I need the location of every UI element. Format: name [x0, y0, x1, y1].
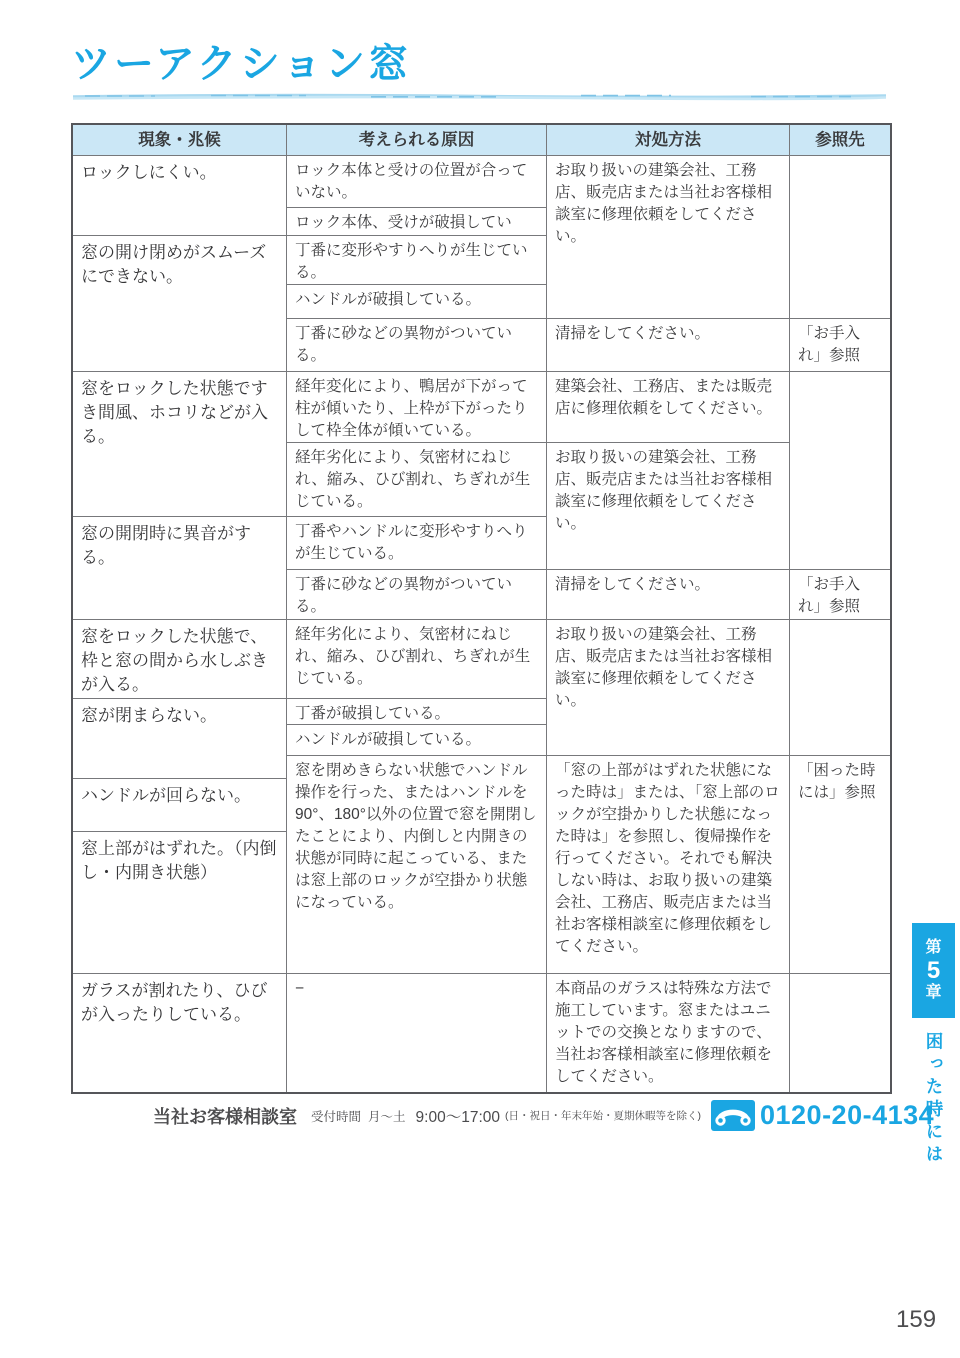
freedial-icon	[711, 1100, 755, 1131]
cause-cell: 経年劣化により、気密材にねじれ、縮み、ひび割れ、ちぎれが生じている。	[287, 620, 547, 699]
cause-cell: 経年劣化により、気密材にねじれ、縮み、ひび割れ、ちぎれが生じている。	[287, 443, 547, 517]
cause-cell: 丁番に砂などの異物がついている。	[287, 319, 547, 372]
brush-underline	[71, 92, 888, 102]
cause-cell: ロック本体、受けが破損している。	[287, 208, 547, 236]
remedy-cell: 清掃をしてください。	[547, 319, 790, 372]
chapter-tab: 第 5 章	[912, 923, 955, 1018]
page-number: 159	[896, 1306, 936, 1334]
remedy-cell: 清掃をしてください。	[547, 570, 790, 620]
reference-cell-empty	[790, 372, 890, 570]
cause-cell: −	[287, 974, 547, 1092]
chapter-prefix: 第	[925, 938, 941, 958]
phenomenon-cell: 窓の開閉時に異音がする。	[73, 517, 287, 620]
phenomenon-cell: 窓の開け閉めがスムーズにできない。	[73, 236, 287, 372]
cause-cell: 経年変化により、鴨居が下がって柱が傾いたり、上枠が下がったりして枠全体が傾いてい…	[287, 372, 547, 443]
phenomenon-cell: 窓上部がはずれた。（内倒し・内開き状態）	[73, 832, 287, 974]
contact-footer: 当社お客様相談室 受付時間 月～土 9:00～17:00 (日・祝日・年末年始・…	[153, 1100, 934, 1131]
header-cell-phenomenon: 現象・兆候	[73, 125, 287, 156]
chapter-number: 5	[927, 958, 940, 983]
cause-cell: ハンドルが破損している。	[287, 725, 547, 756]
reference-cell: 「お手入れ」参照	[790, 570, 890, 620]
holiday-note: (日・祝日・年末年始・夏期休暇等を除く)	[505, 1108, 701, 1123]
cause-cell: ハンドルが破損している。	[287, 285, 547, 319]
reference-cell-empty	[790, 156, 890, 319]
cause-cell: 丁番が破損している。	[287, 699, 547, 725]
header-cell-reference: 参照先	[790, 125, 890, 156]
manual-page: ツーアクション窓 現象・兆候 考えられる原因 対処方法 参照先 ロックしにくい。…	[0, 0, 960, 1358]
phenomenon-cell: 窓をロックした状態ですき間風、ホコリなどが入る。	[73, 372, 287, 517]
reference-cell-empty	[790, 620, 890, 756]
cause-cell: 窓を閉めきらない状態でハンドル操作を行った、またはハンドルを90°、180°以外…	[287, 756, 547, 974]
phenomenon-cell: 窓が閉まらない。	[73, 699, 287, 779]
freedial-number: 0120-20-4134	[760, 1100, 934, 1131]
business-days: 月～土	[368, 1107, 406, 1125]
remedy-cell: 「窓の上部がはずれた状態になった時は」または、「窓上部のロックが空掛かりした状態…	[547, 756, 790, 974]
chapter-suffix: 章	[925, 983, 941, 1003]
reference-cell-empty	[790, 974, 890, 1092]
hours-label: 受付時間	[311, 1107, 361, 1125]
contact-name: 当社お客様相談室	[153, 1103, 297, 1129]
cause-cell: 丁番やハンドルに変形やすりへりが生じている。	[287, 517, 547, 570]
remedy-cell: お取り扱いの建築会社、工務店、販売店または当社お客様相談室に修理依頼をしてくださ…	[547, 443, 790, 570]
remedy-cell: 建築会社、工務店、または販売店に修理依頼をしてください。	[547, 372, 790, 443]
cause-cell: 丁番に変形やすりへりが生じている。	[287, 236, 547, 285]
reference-cell: 「困った時には」参照	[790, 756, 890, 974]
business-hours: 9:00～17:00	[416, 1105, 500, 1127]
header-cell-remedy: 対処方法	[547, 125, 790, 156]
cause-cell: 丁番に砂などの異物がついている。	[287, 570, 547, 620]
cause-cell: ロック本体と受けの位置が合っていない。	[287, 156, 547, 208]
phenomenon-cell: 窓をロックした状態で、枠と窓の間から水しぶきが入る。	[73, 620, 287, 699]
page-title: ツーアクション窓	[71, 44, 411, 84]
remedy-cell: お取り扱いの建築会社、工務店、販売店または当社お客様相談室に修理依頼をしてくださ…	[547, 620, 790, 756]
reference-cell: 「お手入れ」参照	[790, 319, 890, 372]
remedy-cell: 本商品のガラスは特殊な方法で施工しています。窓またはユニットでの交換となりますの…	[547, 974, 790, 1092]
troubleshooting-table: 現象・兆候 考えられる原因 対処方法 参照先 ロックしにくい。 窓の開け閉めがス…	[71, 123, 892, 1094]
phenomenon-cell: ガラスが割れたり、ひびが入ったりしている。	[73, 974, 287, 1092]
phenomenon-cell: ハンドルが回らない。	[73, 779, 287, 832]
remedy-cell: お取り扱いの建築会社、工務店、販売店または当社お客様相談室に修理依頼をしてくださ…	[547, 156, 790, 319]
header-cell-cause: 考えられる原因	[287, 125, 547, 156]
phenomenon-cell: ロックしにくい。	[73, 156, 287, 236]
